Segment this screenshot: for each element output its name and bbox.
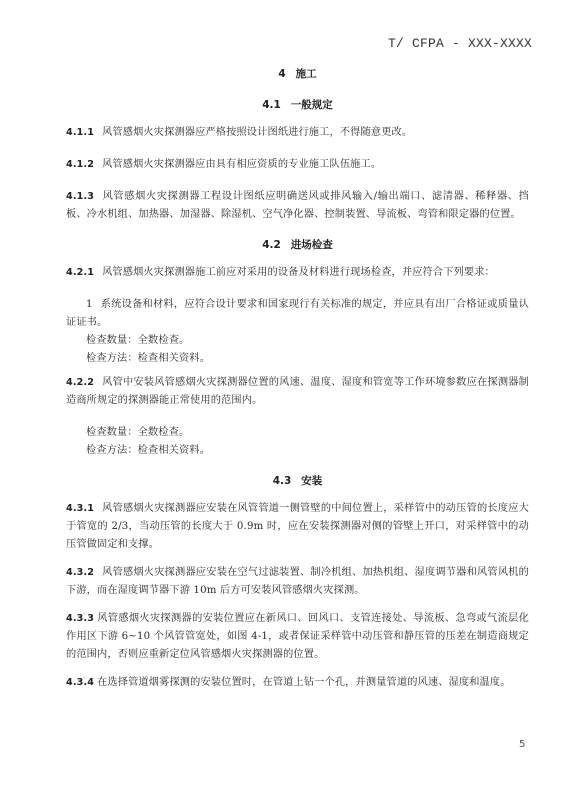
clause-number: 4.1.3 xyxy=(66,191,94,202)
clause-text: 风管感烟火灾探测器应由具有相应资质的专业施工队伍施工。 xyxy=(102,159,381,170)
clause-number: 4.1.1 xyxy=(66,127,94,138)
clause-number: 4.2.1 xyxy=(66,267,94,278)
clause-number: 4.3.4 xyxy=(66,677,94,688)
clause-4-3-3: 4.3.3风管感烟火灾探测器的安装位置应在新风口、回风口、支管连接处、导流板、急… xyxy=(66,610,529,664)
list-item-text: 系统设备和材料，应符合设计要求和国家现行有关标准的规定，并应具有出厂合格证或质量… xyxy=(66,299,529,328)
chapter-heading: 4施工 xyxy=(66,66,529,81)
check-method: 检查方法：检查相关资料。 xyxy=(66,350,529,368)
clause-4-3-4: 4.3.4在选择管道烟雾探测的安装位置时，在管道上钻一个孔，并测量管道的风速、湿… xyxy=(66,674,529,692)
clause-4-2-2-checks: 检查数量：全数检查。 检查方法：检查相关资料。 xyxy=(66,424,529,460)
clause-4-2-1: 4.2.1风管感烟火灾探测器施工前应对采用的设备及材料进行现场检查，并应符合下列… xyxy=(66,264,529,282)
clause-text: 风管感烟火灾探测器施工前应对采用的设备及材料进行现场检查，并应符合下列要求： xyxy=(102,267,495,278)
section-number: 4.2 xyxy=(262,239,281,251)
clause-4-3-1: 4.3.1风管感烟火灾探测器应安装在风管管道一侧管壁的中间位置上，采样管中的动压… xyxy=(66,500,529,554)
document-page: T/ CFPA - XXX-XXXX 4施工 4.1一般规定 4.1.1风管感烟… xyxy=(0,0,587,799)
clause-text: 风管感烟火灾探测器应严格按照设计图纸进行施工，不得随意更改。 xyxy=(102,127,412,138)
list-item-1: 1系统设备和材料，应符合设计要求和国家现行有关标准的规定，并应具有出厂合格证或质… xyxy=(66,296,529,368)
clause-4-1-1: 4.1.1风管感烟火灾探测器应严格按照设计图纸进行施工，不得随意更改。 xyxy=(66,124,529,142)
check-method: 检查方法：检查相关资料。 xyxy=(66,442,529,460)
section-heading-4-1: 4.1一般规定 xyxy=(66,97,529,112)
section-title: 一般规定 xyxy=(291,99,333,111)
document-code: T/ CFPA - XXX-XXXX xyxy=(388,36,532,51)
clause-number: 4.3.2 xyxy=(66,567,94,578)
check-quantity: 检查数量：全数检查。 xyxy=(66,332,529,350)
check-quantity: 检查数量：全数检查。 xyxy=(66,424,529,442)
clause-text: 风管感烟火灾探测器的安装位置应在新风口、回风口、支管连接处、导流板、急弯或气流层… xyxy=(66,613,529,660)
clause-text: 风管感烟火灾探测器应安装在空气过滤装置、制冷机组、加热机组、湿度调节器和风管风机… xyxy=(66,567,529,596)
clause-4-1-3: 4.1.3风管感烟火灾探测器工程设计图纸应明确送风或排风输入/输出端口、滤清器、… xyxy=(66,188,529,224)
section-number: 4.3 xyxy=(273,475,292,487)
clause-4-3-2: 4.3.2风管感烟火灾探测器应安装在空气过滤装置、制冷机组、加热机组、湿度调节器… xyxy=(66,564,529,600)
clause-4-2-2: 4.2.2风管中安装风管感烟火灾探测器位置的风速、温度、湿度和管宽等工作环境参数… xyxy=(66,374,529,410)
chapter-number: 4 xyxy=(278,68,285,80)
clause-text: 风管感烟火灾探测器工程设计图纸应明确送风或排风输入/输出端口、滤清器、稀释器、挡… xyxy=(66,191,529,220)
page-number: 5 xyxy=(519,739,525,750)
clause-number: 4.2.2 xyxy=(66,377,94,388)
section-title: 安装 xyxy=(301,475,322,487)
section-number: 4.1 xyxy=(262,99,281,111)
clause-4-1-2: 4.1.2风管感烟火灾探测器应由具有相应资质的专业施工队伍施工。 xyxy=(66,156,529,174)
list-item-number: 1 xyxy=(86,299,93,310)
clause-text: 风管中安装风管感烟火灾探测器位置的风速、温度、湿度和管宽等工作环境参数应在探测器… xyxy=(66,377,529,406)
clause-text: 风管感烟火灾探测器应安装在风管管道一侧管壁的中间位置上，采样管中的动压管的长度应… xyxy=(66,503,529,550)
clause-number: 4.3.1 xyxy=(66,503,94,514)
section-title: 进场检查 xyxy=(291,239,333,251)
section-heading-4-3: 4.3安装 xyxy=(66,473,529,488)
clause-number: 4.3.3 xyxy=(66,613,94,624)
clause-number: 4.1.2 xyxy=(66,159,94,170)
chapter-title: 施工 xyxy=(296,68,317,80)
section-heading-4-2: 4.2进场检查 xyxy=(66,237,529,252)
clause-text: 在选择管道烟雾探测的安装位置时，在管道上钻一个孔，并测量管道的风速、湿度和温度。 xyxy=(97,677,511,688)
